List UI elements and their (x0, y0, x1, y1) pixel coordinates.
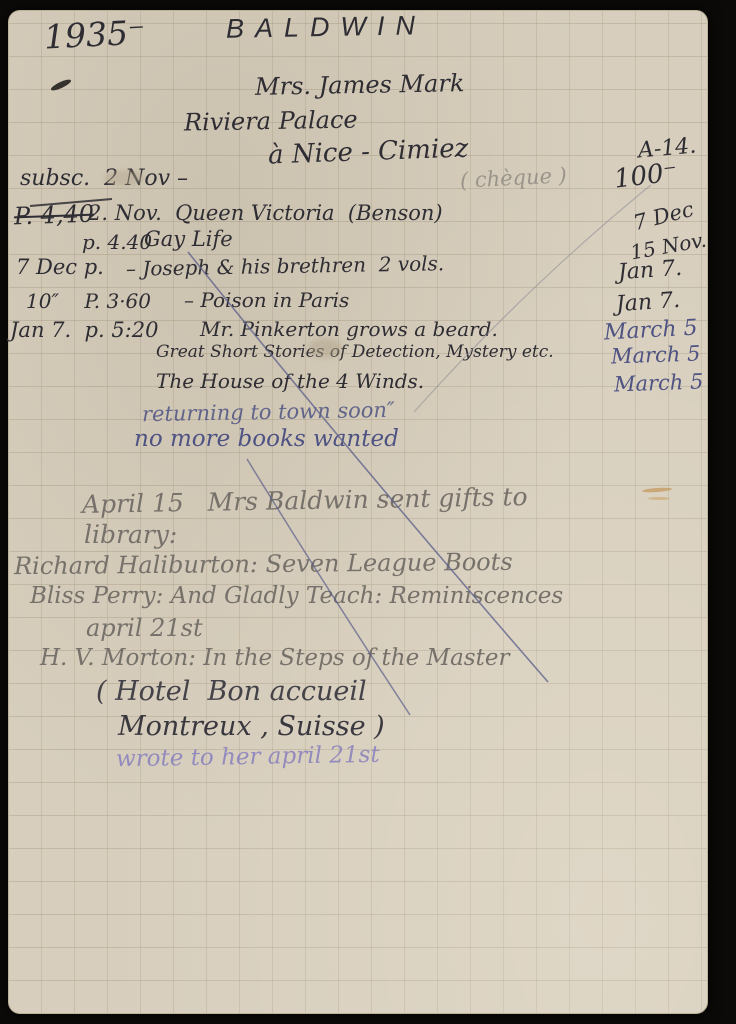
ledger-return-date: Jan 7. (617, 258, 682, 284)
note-line: returning to town soon″ (142, 400, 395, 425)
address-line-2: à Nice - Cimiez (268, 136, 469, 169)
note-line: no more books wanted (134, 428, 399, 451)
pencil-note-line: Bliss Perry: And Gladly Teach: Reminisce… (30, 585, 563, 608)
year-label: 1935⁻ (43, 15, 146, 53)
ledger-return-date: March 5 (614, 371, 704, 395)
address-line-1: Riviera Palace (184, 107, 358, 134)
pencil-note-line: H. V. Morton: In the Steps of the Master (40, 647, 509, 670)
rust-mark (642, 487, 672, 493)
ledger-return-date: Jan 7. (615, 290, 680, 316)
ledger-return-date: March 5 (611, 343, 701, 367)
pencil-note-line: april 21st (86, 616, 203, 640)
pencil-note-line: Richard Haliburton: Seven League Boots (14, 550, 513, 578)
rust-mark (648, 497, 670, 500)
ledger-left-note: P. 4,40 (14, 202, 95, 229)
paper-smudge (104, 170, 144, 186)
paper-smudge (308, 338, 342, 358)
card-title-surname: BALDWIN (226, 12, 426, 42)
library-lending-card: 1935⁻ BALDWIN Mrs. James Mark Riviera Pa… (8, 10, 708, 1014)
ink-smudge (50, 78, 72, 93)
ledger-return-date: 7 Dec (631, 199, 695, 234)
hotel-note-line: Montreux , Suisse ) (118, 713, 385, 740)
scanned-card-photo: 1935⁻ BALDWIN Mrs. James Mark Riviera Pa… (0, 0, 736, 1024)
ledger-book-title: 2. Nov. Queen Victoria (Benson) (88, 203, 443, 224)
ledger-book-title: – Poison in Paris (184, 290, 349, 310)
ledger-left-note: Jan 7. p. 5:20 (10, 320, 158, 341)
subscription-amount: 100⁻ (613, 159, 679, 193)
ledger-book-title: Mr. Pinkerton grows a beard. (200, 319, 498, 339)
ledger-left-note: p. 4.40 (82, 232, 152, 252)
pencil-note-line: library: (84, 522, 177, 547)
ledger-book-title: The House of the 4 Winds. (156, 371, 424, 391)
payment-note: ( chèque ) (460, 165, 568, 192)
ledger-book-title: Gay Life (144, 229, 233, 250)
ledger-return-date: March 5 (603, 318, 698, 345)
member-name: Mrs. James Mark (255, 71, 465, 99)
hotel-note-line: ( Hotel Bon accueil (96, 678, 367, 705)
ledger-book-title: – Joseph & his brethren 2 vols. (126, 253, 444, 279)
ledger-book-title: Great Short Stories of Detection, Myster… (156, 344, 554, 361)
ledger-left-note: 7 Dec p. (16, 257, 104, 278)
ledger-left-note: 10″ P. 3·60 (26, 291, 151, 311)
wrote-to-her-note: wrote to her april 21st (116, 744, 380, 772)
pencil-note-line: April 15 Mrs Baldwin sent gifts to (82, 484, 528, 517)
